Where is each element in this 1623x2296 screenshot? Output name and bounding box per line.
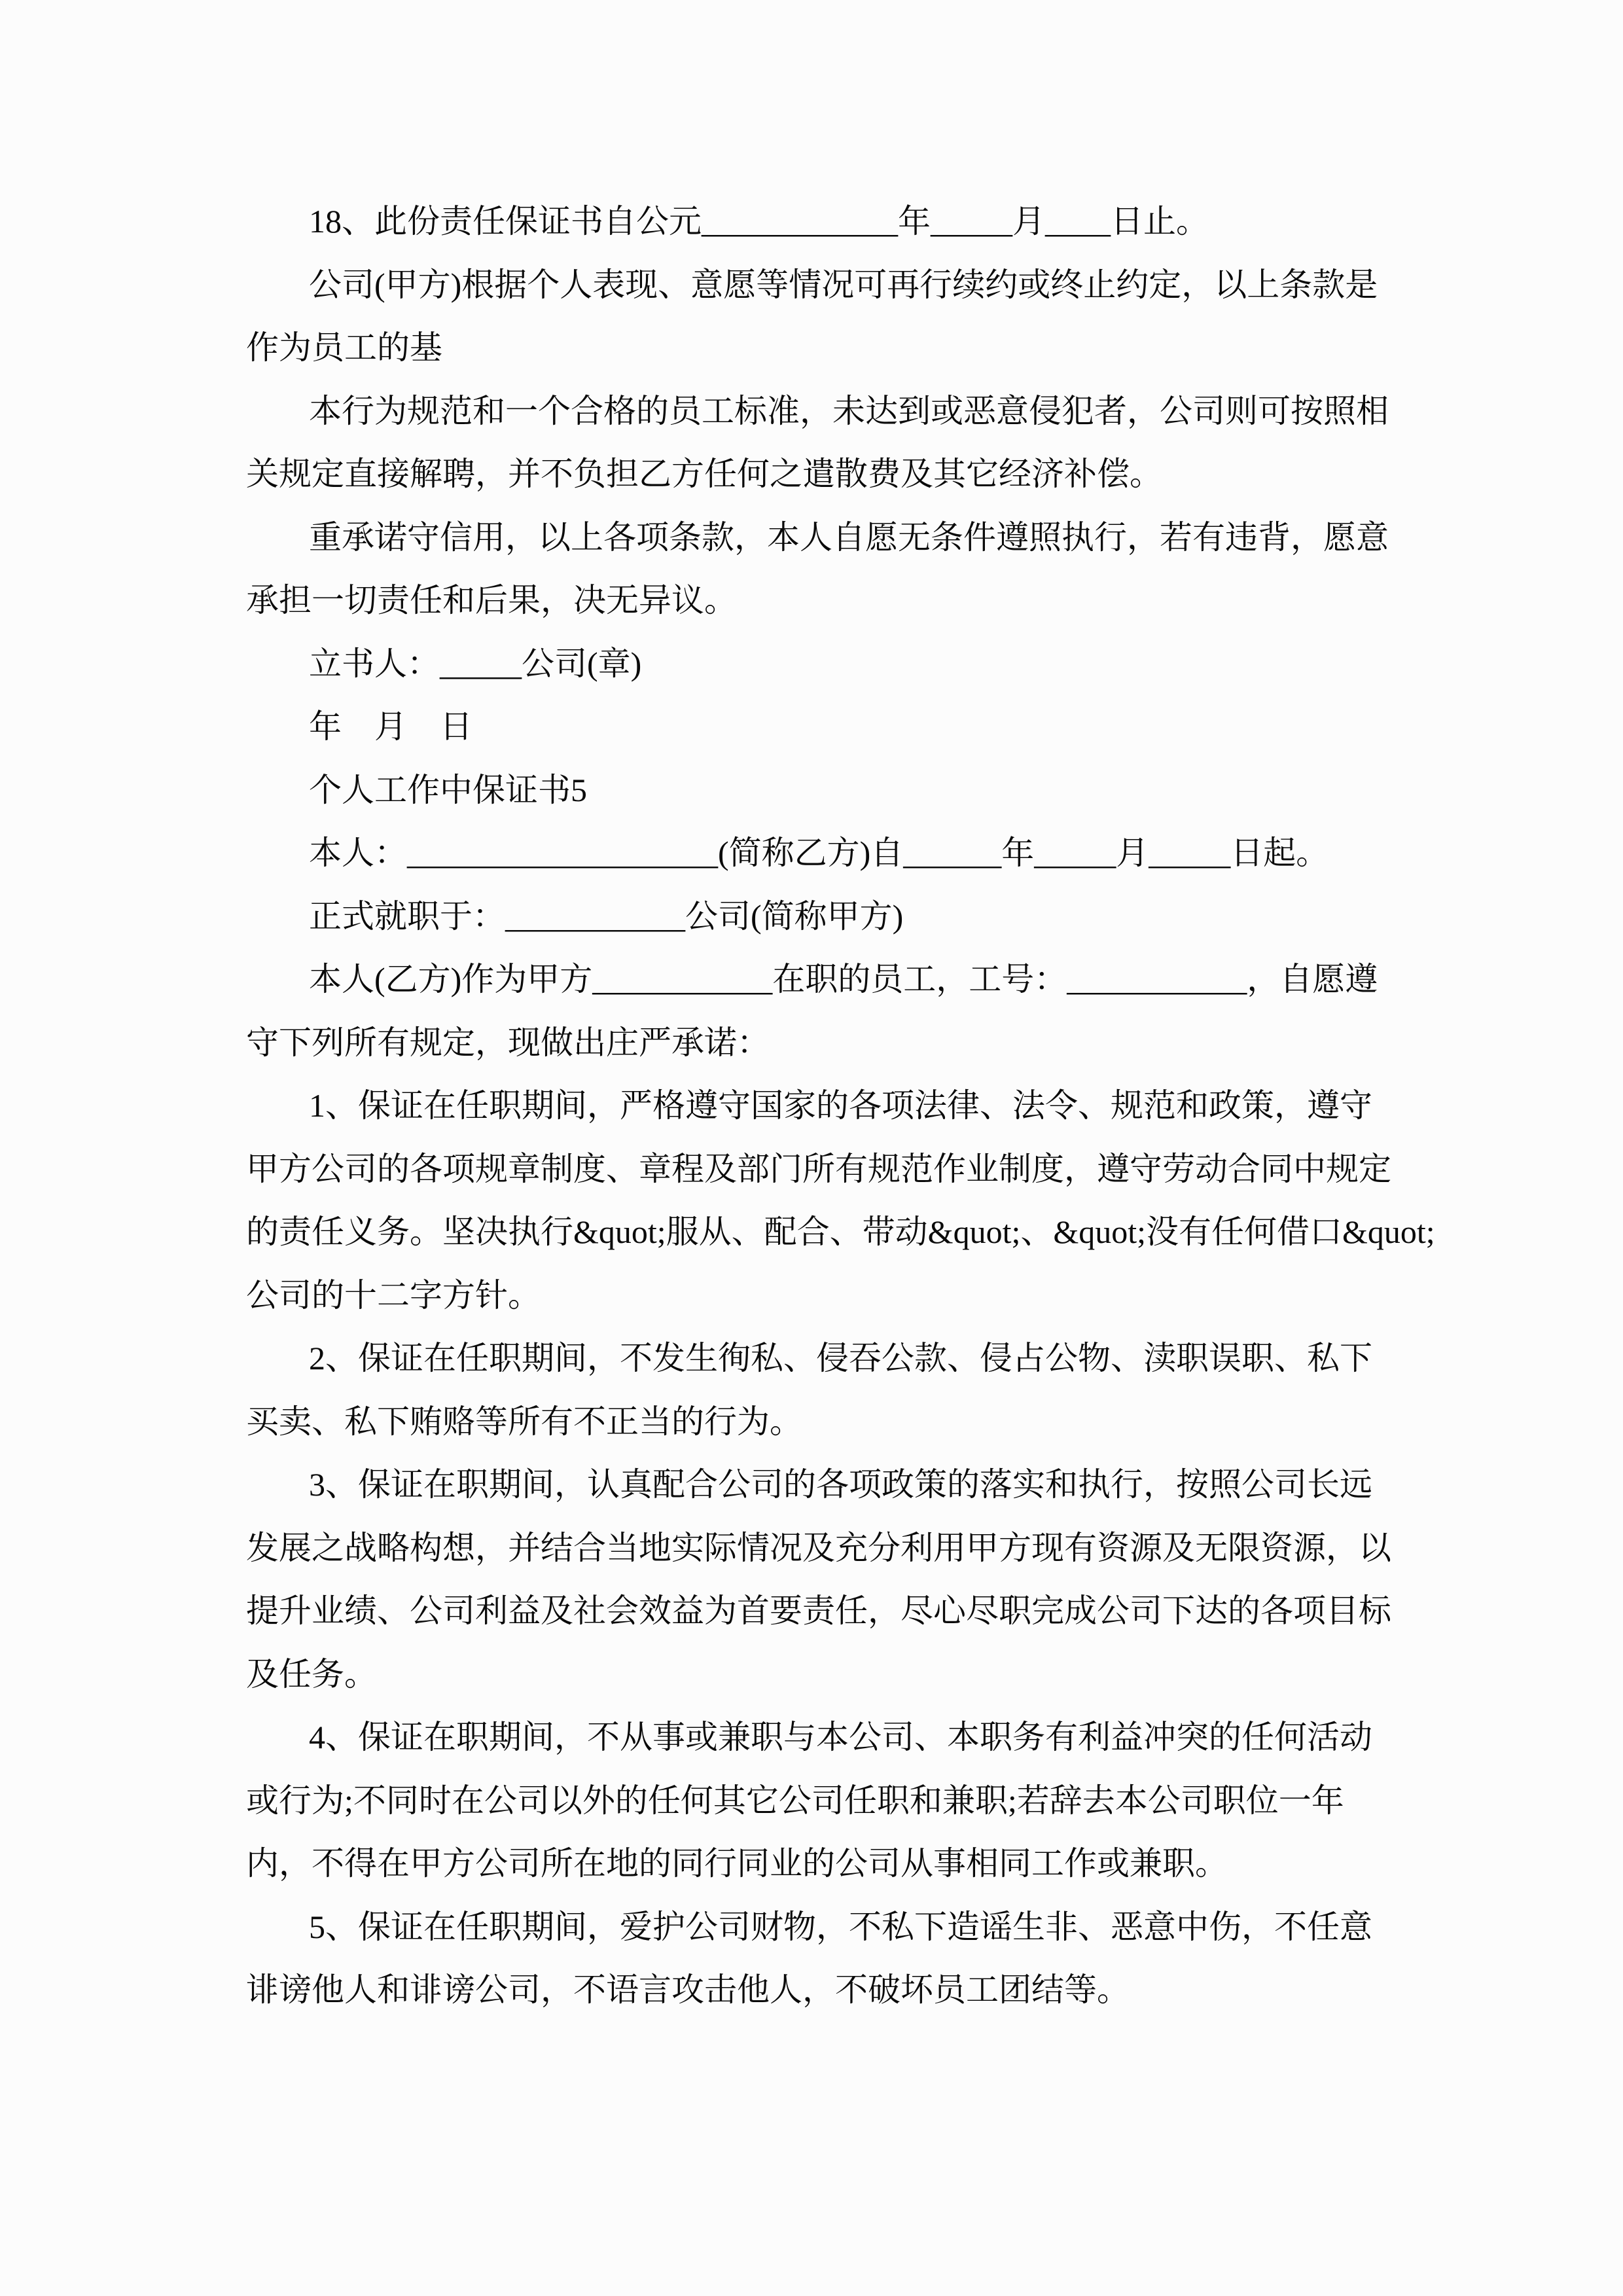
clause-line: 2、保证在任职期间，不发生徇私、侵吞公款、侵占公物、渎职误职、私下 bbox=[246, 1327, 1418, 1390]
clause-line: 5、保证在任职期间，爱护公司财物，不私下造谣生非、恶意中伤，不任意 bbox=[246, 1895, 1418, 1959]
text-line: 关规定直接解聘，并不负担乙方任何之遣散费及其它经济补偿。 bbox=[246, 442, 1418, 506]
text-line: 发展之战略构想，并结合当地实际情况及充分利用甲方现有资源及无限资源，以 bbox=[246, 1516, 1418, 1580]
text-line: 甲方公司的各项规章制度、章程及部门所有规范作业制度，遵守劳动合同中规定 bbox=[246, 1138, 1418, 1201]
text-line: 内，不得在甲方公司所在地的同行同业的公司从事相同工作或兼职。 bbox=[246, 1832, 1418, 1895]
text-line: 本人：___________________(简称乙方)自______年____… bbox=[246, 821, 1418, 885]
text-line: 守下列所有规定，现做出庄严承诺： bbox=[246, 1011, 1418, 1075]
text-line: 及任务。 bbox=[246, 1643, 1418, 1706]
clause-line: 3、保证在职期间，认真配合公司的各项政策的落实和执行，按照公司长远 bbox=[246, 1453, 1418, 1516]
section-heading: 个人工作中保证书5 bbox=[246, 759, 1418, 822]
text-line: 或行为;不同时在公司以外的任何其它公司任职和兼职;若辞去本公司职位一年 bbox=[246, 1769, 1418, 1833]
text-line: 公司的十二字方针。 bbox=[246, 1264, 1418, 1327]
text-line: 诽谤他人和诽谤公司，不语言攻击他人，不破坏员工团结等。 bbox=[246, 1958, 1418, 2022]
signatory-line: 立书人：_____公司(章) bbox=[246, 632, 1418, 696]
text-line: 买卖、私下贿赂等所有不正当的行为。 bbox=[246, 1390, 1418, 1454]
document-page: { "page": { "background": "#fcfcfc", "te… bbox=[0, 0, 1623, 2296]
text-line: 正式就职于：___________公司(简称甲方) bbox=[246, 885, 1418, 948]
text-line: 18、此份责任保证书自公元____________年_____月____日止。 bbox=[246, 190, 1418, 253]
text-line: 作为员工的基 bbox=[246, 316, 1418, 380]
date-line: 年 月 日 bbox=[246, 695, 1418, 759]
text-line: 本行为规范和一个合格的员工标准，未达到或恶意侵犯者，公司则可按照相 bbox=[246, 380, 1418, 443]
text-line: 本人(乙方)作为甲方___________在职的员工，工号：__________… bbox=[246, 948, 1418, 1011]
clause-line: 4、保证在职期间，不从事或兼职与本公司、本职务有利益冲突的任何活动 bbox=[246, 1706, 1418, 1769]
document-body: 18、此份责任保证书自公元____________年_____月____日止。 … bbox=[246, 190, 1418, 2022]
text-line: 重承诺守信用，以上各项条款，本人自愿无条件遵照执行，若有违背，愿意 bbox=[246, 506, 1418, 569]
text-line: 承担一切责任和后果，决无异议。 bbox=[246, 569, 1418, 632]
text-line: 提升业绩、公司利益及社会效益为首要责任，尽心尽职完成公司下达的各项目标 bbox=[246, 1579, 1418, 1643]
text-line: 公司(甲方)根据个人表现、意愿等情况可再行续约或终止约定，以上条款是 bbox=[246, 253, 1418, 317]
text-line: 的责任义务。坚决执行&quot;服从、配合、带动&quot;、&quot;没有任… bbox=[246, 1200, 1418, 1264]
clause-line: 1、保证在任职期间，严格遵守国家的各项法律、法令、规范和政策，遵守 bbox=[246, 1074, 1418, 1138]
